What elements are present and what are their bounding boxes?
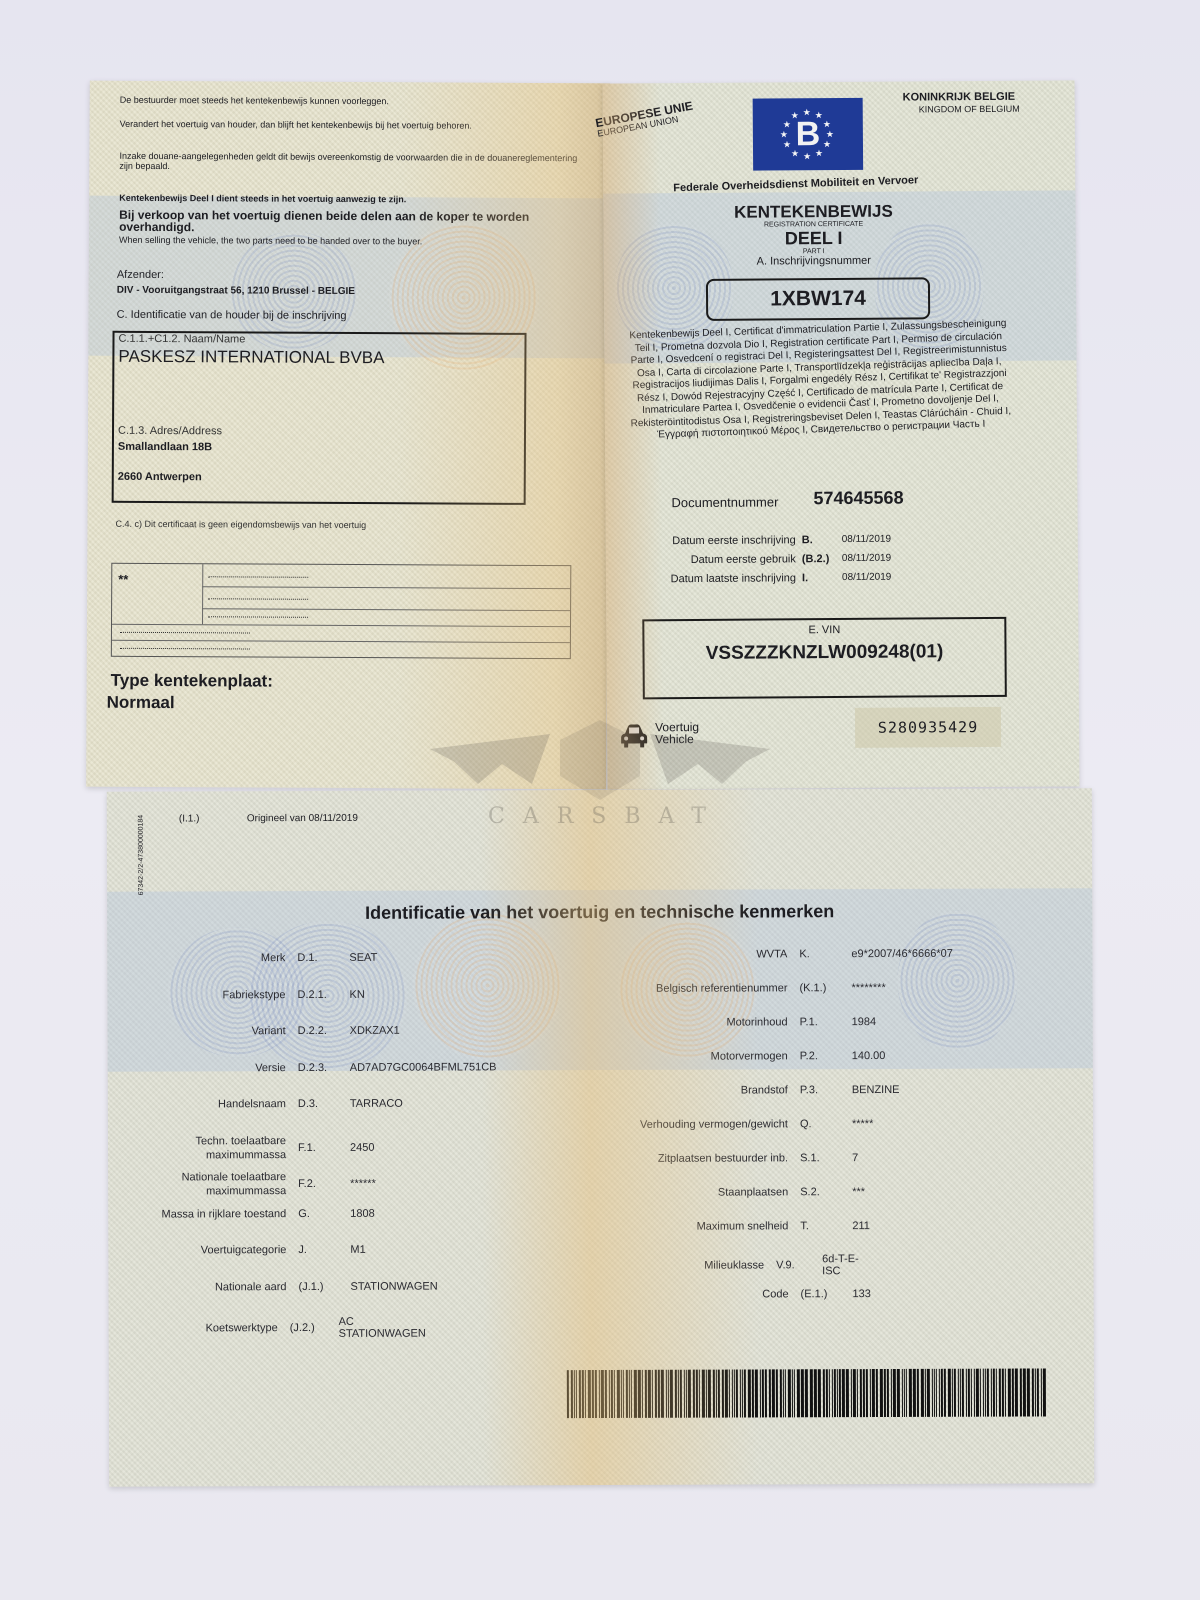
field-value: 211 (852, 1220, 870, 1232)
note-customs: Inzake douane-aangelegenheden geldt dit … (119, 151, 589, 173)
vin-number: VSSZZZKNZLW009248(01) (644, 641, 1004, 666)
field-value: AC STATIONWAGEN (339, 1316, 438, 1340)
field-code: S.1. (800, 1152, 852, 1164)
reg-number-box: 1XBW174 (706, 277, 930, 321)
technical-heading: Identificatie van het voertuig en techni… (107, 900, 1092, 924)
field-row: Belgisch referentienummer(K.1.)******** (577, 981, 885, 996)
field-label: Code (579, 1287, 789, 1302)
holder-section-title: C. Identificatie van de houder bij de in… (117, 309, 347, 322)
date-value: 08/11/2019 (842, 553, 891, 564)
star-icon: ★ (783, 120, 791, 129)
holder-address-label: C.1.3. Adres/Address (118, 425, 222, 438)
field-value: STATIONWAGEN (350, 1280, 437, 1292)
side-serial-code: 67342-2/2-473800000184 (138, 815, 145, 896)
field-label: Nationale toelaatbare maximummassa (136, 1170, 286, 1199)
field-row: MerkD.1.SEAT (135, 951, 377, 966)
plate-type-value: Normaal (107, 693, 175, 713)
holder-box: C.1.1.+C1.2. Naam/Name PASKESZ INTERNATI… (112, 331, 527, 505)
field-code: P.3. (800, 1084, 852, 1096)
field-code: P.2. (800, 1050, 852, 1062)
doc-number: 574645568 (813, 488, 903, 510)
watermark-text: CARSBAT (488, 804, 724, 829)
doc-number-label: Documentnummer (671, 494, 778, 510)
registration-part1-right-page: EUROPESE UNIE EUROPEAN UNION B ★ ★ ★ ★ ★… (603, 80, 1080, 789)
field-row: StaanplaatsenS.2.*** (578, 1185, 865, 1200)
field-label: Techn. toelaatbare maximummassa (136, 1134, 286, 1163)
sale-notice: Bij verkoop van het voertuig dienen beid… (119, 209, 569, 235)
field-row: VersieD.2.3.AD7AD7GC0064BFML751CB (136, 1060, 497, 1075)
registration-dates: Datum eerste inschrijving B. 08/11/2019 … (636, 529, 956, 588)
date-code: (B.2.) (802, 552, 842, 564)
field-label: Zitplaatsen bestuurder inb. (578, 1151, 788, 1166)
field-code: T. (800, 1220, 852, 1232)
field-code: J. (298, 1244, 350, 1256)
grid-marker: ** (118, 572, 128, 587)
date-row: Datum laatste inschrijving I. 08/11/2019 (636, 567, 956, 588)
field-value: ***** (852, 1118, 873, 1130)
field-row: Techn. toelaatbare maximummassaF.1.2450 (136, 1133, 375, 1162)
field-label: Merk (135, 951, 285, 966)
kingdom-label-english: KINGDOM OF BELGIUM (919, 104, 1020, 115)
plate-type-label: Type kentekenplaat: (111, 671, 273, 692)
field-label: Brandstof (578, 1083, 788, 1098)
field-row: MotorinhoudP.1.1984 (578, 1015, 877, 1030)
field-code: (K.1.) (799, 982, 851, 994)
field-value: XDKZAX1 (350, 1025, 400, 1037)
field-label: Staanplaatsen (578, 1185, 788, 1200)
field-code: (E.1.) (801, 1288, 853, 1300)
note-owner-change: Verandert het voertuig van houder, dan b… (120, 119, 560, 131)
serial-number: S280935429 (855, 707, 1001, 748)
field-value: e9*2007/46*6666*07 (851, 948, 953, 960)
field-label: Koetswerktype (137, 1321, 278, 1335)
country-code: B (795, 115, 820, 154)
field-code: (J.2.) (290, 1322, 339, 1334)
field-code: K. (799, 948, 851, 960)
eu-flag-belgium: B ★ ★ ★ ★ ★ ★ ★ ★ ★ ★ ★ ★ (753, 98, 863, 171)
field-code: D.1. (297, 952, 349, 964)
security-rosette (897, 911, 1017, 1051)
field-label: Nationale aard (136, 1280, 286, 1295)
field-label: Maximum snelheid (578, 1219, 788, 1234)
field-label: Motorinhoud (578, 1015, 788, 1030)
field-value: 140.00 (852, 1050, 886, 1062)
multilingual-certificate-names: Kentekenbewijs Deel I, Certificat d'imma… (623, 318, 1017, 443)
field-row: MilieuklasseV.9.6d-T-E-ISC (578, 1253, 870, 1278)
field-row: MotorvermogenP.2.140.00 (578, 1049, 886, 1064)
field-code: D.3. (298, 1098, 350, 1110)
field-row: Zitplaatsen bestuurder inb.S.1.7 (578, 1151, 858, 1166)
field-code: P.1. (800, 1016, 852, 1028)
vehicle-label: Voertuig Vehicle (655, 721, 699, 745)
ownership-note: C.4. c) Dit certificaat is geen eigendom… (116, 519, 367, 530)
field-row: Nationale aard(J.1.)STATIONWAGEN (136, 1279, 437, 1294)
field-value: SEAT (349, 952, 377, 964)
security-rosette (412, 910, 563, 1061)
car-icon (619, 723, 649, 749)
field-value: 1984 (852, 1016, 877, 1028)
field-row: VariantD.2.2.XDKZAX1 (136, 1024, 400, 1039)
field-value: ****** (350, 1178, 376, 1190)
field-value: 133 (853, 1288, 871, 1300)
star-icon: ★ (823, 120, 831, 129)
field-value: ******** (851, 982, 885, 994)
field-value: M1 (350, 1244, 365, 1256)
registration-part1-left-page: De bestuurder moet steeds het kentekenbe… (86, 81, 610, 790)
date-label: Datum eerste inschrijving (636, 534, 796, 547)
field-label: Voertuigcategorie (136, 1243, 286, 1258)
field-label: Handelsnaam (136, 1097, 286, 1112)
star-icon: ★ (783, 140, 791, 149)
field-row: Maximum snelheidT.211 (578, 1219, 870, 1234)
field-value: 6d-T-E-ISC (822, 1253, 871, 1277)
field-value: AD7AD7GC0064BFML751CB (350, 1061, 497, 1074)
sender-address: DIV - Vooruitgangstraat 56, 1210 Brussel… (117, 285, 355, 297)
field-code: V.9. (776, 1259, 822, 1271)
field-code: F.1. (298, 1141, 350, 1153)
field-code: F.2. (298, 1178, 350, 1190)
field-code: G. (298, 1207, 350, 1219)
field-code: S.2. (800, 1186, 852, 1198)
vehicle-label-en: Vehicle (655, 733, 699, 745)
holder-address-city: 2660 Antwerpen (118, 471, 202, 483)
field-code: D.2.3. (298, 1061, 350, 1073)
field-code: (J.1.) (298, 1280, 350, 1292)
field-row: BrandstofP.3.BENZINE (578, 1083, 900, 1098)
sender-label: Afzender: (117, 269, 164, 281)
star-icon: ★ (780, 130, 788, 139)
field-label: Milieuklasse (578, 1258, 764, 1273)
date-row: Datum eerste gebruik (B.2.) 08/11/2019 (636, 548, 956, 569)
field-label: Massa in rijklare toestand (136, 1207, 286, 1222)
field-row: Code(E.1.)133 (579, 1287, 871, 1302)
field-label: Verhouding vermogen/gewicht (578, 1117, 788, 1132)
holder-address-street: Smallandlaan 18B (118, 441, 212, 453)
holder-name: PASKESZ INTERNATIONAL BVBA (118, 347, 384, 368)
field-value: BENZINE (852, 1084, 900, 1096)
field-value: KN (349, 988, 364, 1000)
field-value: TARRACO (350, 1098, 403, 1110)
field-label: Fabriekstype (135, 988, 285, 1003)
field-row: FabriekstypeD.2.1.KN (135, 987, 364, 1002)
star-icon: ★ (826, 130, 834, 139)
field-row: Nationale toelaatbare maximummassaF.2.**… (136, 1170, 376, 1199)
vin-label: E. VIN (644, 623, 1004, 638)
date-code: B. (802, 533, 842, 545)
original-date-text: Origineel van 08/11/2019 (247, 813, 358, 824)
date-value: 08/11/2019 (842, 534, 891, 545)
field-label: Versie (136, 1061, 286, 1076)
field-row: HandelsnaamD.3.TARRACO (136, 1097, 403, 1112)
barcode (567, 1368, 1047, 1418)
field-value: *** (852, 1186, 865, 1198)
star-icon: ★ (823, 140, 831, 149)
field-row: WVTAK.e9*2007/46*6666*07 (577, 947, 953, 962)
original-code: (I.1.) (179, 813, 200, 824)
field-label: Motorvermogen (578, 1049, 788, 1064)
notes-grid: ** (111, 563, 571, 659)
field-code: D.2.1. (297, 988, 349, 1000)
holder-name-label: C.1.1.+C1.2. Naam/Name (118, 333, 245, 346)
field-label: Variant (136, 1024, 286, 1039)
field-value: 2450 (350, 1141, 375, 1153)
kingdom-label: KONINKRIJK BELGIE (903, 91, 1016, 104)
field-value: 7 (852, 1152, 858, 1164)
vin-box: E. VIN VSSZZZKNZLW009248(01) (642, 617, 1007, 700)
registration-part2-page: 67342-2/2-473800000184 (I.1.) Origineel … (107, 788, 1094, 1486)
field-row: Massa in rijklare toestandG.1808 (136, 1206, 375, 1221)
field-label: WVTA (577, 947, 787, 962)
field-value: 1808 (350, 1207, 375, 1219)
field-label: Belgisch referentienummer (577, 981, 787, 996)
reg-number: 1XBW174 (770, 287, 866, 312)
field-row: VoertuigcategorieJ.M1 (136, 1243, 365, 1258)
date-value: 08/11/2019 (842, 572, 891, 583)
date-label: Datum eerste gebruik (636, 553, 796, 566)
date-label: Datum laatste inschrijving (636, 572, 796, 585)
field-code: Q. (800, 1118, 852, 1130)
field-row: Koetswerktype(J.2.)AC STATIONWAGEN (137, 1316, 438, 1341)
note-present-certificate: De bestuurder moet steeds het kentekenbe… (120, 95, 590, 107)
field-row: Verhouding vermogen/gewichtQ.***** (578, 1117, 873, 1132)
field-code: D.2.2. (298, 1025, 350, 1037)
date-code: I. (802, 571, 842, 583)
date-row: Datum eerste inschrijving B. 08/11/2019 (636, 529, 956, 550)
